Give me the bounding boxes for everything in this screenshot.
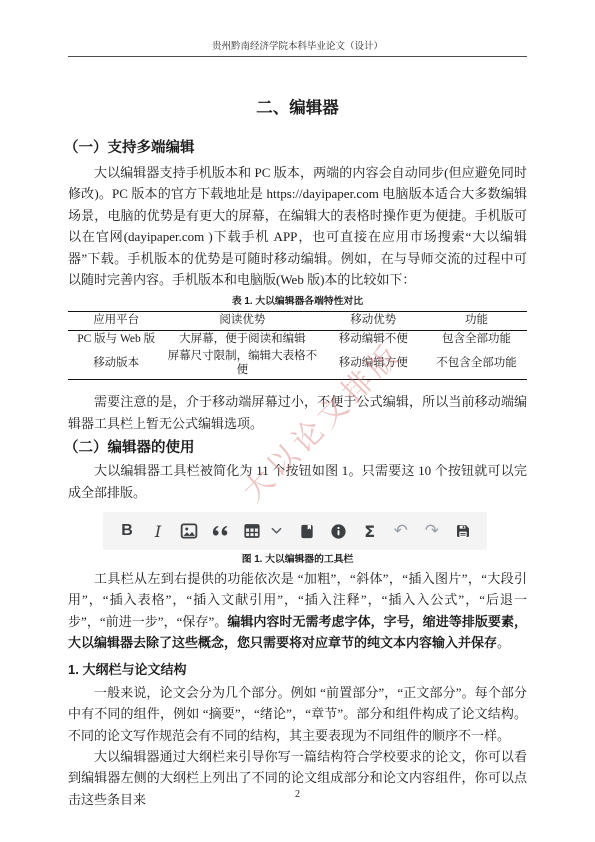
table-row: 移动版本 屏幕尺寸限制，编辑大表格不便 移动编辑方便 不包含全部功能	[68, 348, 527, 380]
book-icon	[298, 520, 316, 542]
section-heading-2: （二）编辑器的使用	[64, 439, 527, 458]
table-button-group	[243, 520, 285, 542]
bold-icon: B	[118, 520, 136, 542]
section-heading-1: （一）支持多端编辑	[64, 139, 527, 158]
paragraph: 一般来说，论文会分为几个部分。例如 “前置部分”，“正文部分”。每个部分中有不同…	[68, 682, 527, 746]
table-cell: PC 版与 Web 版	[68, 330, 164, 348]
page-number: 2	[0, 789, 595, 800]
table-cell: 移动版本	[68, 348, 164, 380]
table-header-cell: 阅读优势	[164, 312, 320, 331]
table-header-cell: 移动优势	[320, 312, 426, 331]
table-icon	[243, 520, 261, 542]
table-cell: 移动编辑方便	[320, 348, 426, 380]
document-page: 大以论文排版 贵州黔南经济学院本科毕业论文（设计） 二、编辑器 （一）支持多端编…	[0, 0, 595, 842]
page-title: 二、编辑器	[68, 98, 527, 118]
table-header-cell: 应用平台	[68, 312, 164, 331]
image-icon	[180, 520, 198, 542]
info-icon	[330, 520, 348, 542]
comparison-table: 应用平台 阅读优势 移动优势 功能 PC 版与 Web 版 大屏幕，便于阅读和编…	[68, 311, 527, 380]
undo-icon: ↶	[392, 520, 410, 542]
table-cell: 屏幕尺寸限制，编辑大表格不便	[164, 348, 320, 380]
paragraph: 需要注意的是，介于移动端屏幕过小，不便于公式编辑，所以当前移动端编辑器工具栏上暂…	[68, 391, 527, 434]
blockquote-icon	[211, 520, 230, 542]
italic-icon: I	[149, 520, 167, 542]
chevron-down-icon	[267, 520, 285, 542]
paragraph-text: 。	[497, 635, 510, 650]
paragraph: 大以编辑器工具栏被简化为 11 个按钮如图 1。只需要这 10 个按钮就可以完成…	[68, 460, 527, 503]
table-header-row: 应用平台 阅读优势 移动优势 功能	[68, 312, 527, 331]
save-icon	[454, 520, 472, 542]
table-cell: 不包含全部功能	[426, 348, 527, 380]
table-cell: 包含全部功能	[426, 330, 527, 348]
table-cell: 大屏幕，便于阅读和编辑	[164, 330, 320, 348]
redo-icon: ↷	[423, 520, 441, 542]
editor-toolbar-figure: B I	[103, 512, 487, 550]
formula-icon: Σ	[361, 520, 379, 542]
paragraph: 大以编辑器支持手机版本和 PC 版本，两端的内容会自动同步(但应避免同时修改)。…	[68, 162, 527, 290]
paragraph: 大以编辑器通过大纲栏来引导你写一篇结构符合学校要求的论文，你可以看到编辑器左侧的…	[68, 746, 527, 810]
table-header-cell: 功能	[426, 312, 527, 331]
table-row: PC 版与 Web 版 大屏幕，便于阅读和编辑 移动编辑不便 包含全部功能	[68, 330, 527, 348]
table-cell: 移动编辑不便	[320, 330, 426, 348]
subsection-heading: 1. 大纲栏与论文结构	[68, 661, 527, 678]
running-head: 贵州黔南经济学院本科毕业论文（设计）	[68, 42, 527, 57]
table-caption: 表 1. 大以编辑器各端特性对比	[68, 296, 527, 308]
figure-caption: 图 1. 大以编辑器的工具栏	[68, 554, 527, 566]
paragraph: 工具栏从左到右提供的功能依次是 “加粗”，“斜体”，“插入图片”，“大段引用”，…	[68, 568, 527, 654]
